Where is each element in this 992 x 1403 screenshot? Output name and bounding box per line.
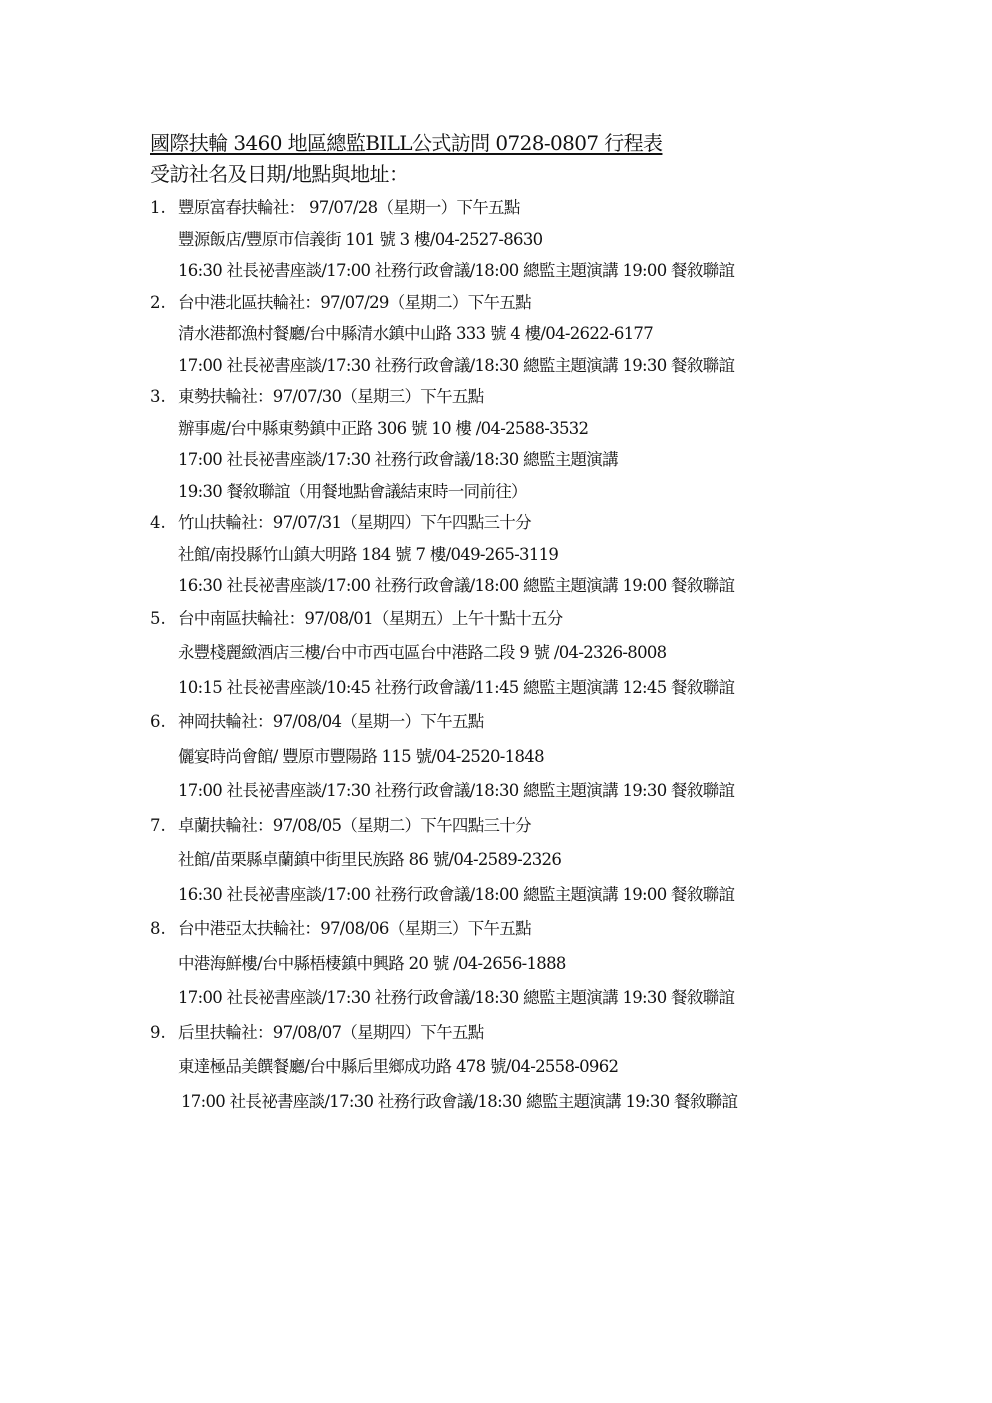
item-header: 台中南區扶輪社：97/08/01（星期五）上午十點十五分 — [178, 602, 870, 637]
visit-item-5: 5. 台中南區扶輪社：97/08/01（星期五）上午十點十五分 永豐棧麗緻酒店三… — [150, 602, 870, 706]
visit-item-1: 1. 豐原富春扶輪社： 97/07/28（星期一）下午五點 豐源飯店/豐原市信義… — [150, 192, 870, 287]
visit-item-2: 2. 台中港北區扶輪社：97/07/29（星期二）下午五點 清水港都漁村餐廳/台… — [150, 287, 870, 382]
item-number: 9. — [150, 1016, 166, 1051]
item-header: 東勢扶輪社：97/07/30（星期三）下午五點 — [178, 381, 870, 413]
item-schedule: 17:00 社長祕書座談/17:30 社務行政會議/18:30 總監主題演講 1… — [178, 981, 870, 1016]
item-schedule: 16:30 社長祕書座談/17:00 社務行政會議/18:00 總監主題演講 1… — [178, 878, 870, 913]
item-venue: 東達極品美饌餐廳/台中縣后里鄉成功路 478 號/04-2558-0962 — [178, 1050, 870, 1085]
item-number: 8. — [150, 912, 166, 947]
item-number: 4. — [150, 507, 166, 539]
item-header: 豐原富春扶輪社： 97/07/28（星期一）下午五點 — [178, 192, 870, 224]
item-number: 3. — [150, 381, 166, 413]
item-header: 卓蘭扶輪社：97/08/05（星期二）下午四點三十分 — [178, 809, 870, 844]
visit-item-9: 9. 后里扶輪社：97/08/07（星期四）下午五點 東達極品美饌餐廳/台中縣后… — [150, 1016, 870, 1120]
item-number: 7. — [150, 809, 166, 844]
item-schedule: 16:30 社長祕書座談/17:00 社務行政會議/18:00 總監主題演講 1… — [178, 255, 870, 287]
item-schedule-continued: 19:30 餐敘聯誼（用餐地點會議結束時一同前往） — [178, 476, 870, 508]
item-number: 5. — [150, 602, 166, 637]
item-schedule: 17:00 社長祕書座談/17:30 社務行政會議/18:30 總監主題演講 1… — [178, 774, 870, 809]
item-schedule: 10:15 社長祕書座談/10:45 社務行政會議/11:45 總監主題演講 1… — [178, 671, 870, 706]
item-header: 神岡扶輪社：97/08/04（星期一）下午五點 — [178, 705, 870, 740]
item-venue: 清水港都漁村餐廳/台中縣清水鎮中山路 333 號 4 樓/04-2622-617… — [178, 318, 870, 350]
item-venue: 中港海鮮樓/台中縣梧棲鎮中興路 20 號 /04-2656-1888 — [178, 947, 870, 982]
item-schedule: 16:30 社長祕書座談/17:00 社務行政會議/18:00 總監主題演講 1… — [178, 570, 870, 602]
item-venue: 永豐棧麗緻酒店三樓/台中市西屯區台中港路二段 9 號 /04-2326-8008 — [178, 636, 870, 671]
visit-item-7: 7. 卓蘭扶輪社：97/08/05（星期二）下午四點三十分 社館/苗栗縣卓蘭鎮中… — [150, 809, 870, 913]
item-number: 1. — [150, 192, 166, 224]
item-schedule: 17:00 社長祕書座談/17:30 社務行政會議/18:30 總監主題演講 1… — [178, 350, 870, 382]
visit-list: 1. 豐原富春扶輪社： 97/07/28（星期一）下午五點 豐源飯店/豐原市信義… — [150, 192, 870, 1119]
item-header: 台中港亞太扶輪社：97/08/06（星期三）下午五點 — [178, 912, 870, 947]
document-subtitle: 受訪社名及日期/地點與地址： — [150, 158, 870, 190]
item-schedule: 17:00 社長祕書座談/17:30 社務行政會議/18:30 總監主題演講 1… — [178, 1085, 870, 1120]
visit-item-8: 8. 台中港亞太扶輪社：97/08/06（星期三）下午五點 中港海鮮樓/台中縣梧… — [150, 912, 870, 1016]
item-venue: 辦事處/台中縣東勢鎮中正路 306 號 10 樓 /04-2588-3532 — [178, 413, 870, 445]
visit-item-6: 6. 神岡扶輪社：97/08/04（星期一）下午五點 儷宴時尚會館/ 豐原市豐陽… — [150, 705, 870, 809]
item-venue: 社館/南投縣竹山鎮大明路 184 號 7 樓/049-265-3119 — [178, 539, 870, 571]
document-title: 國際扶輪 3460 地區總監BILL公式訪問 0728-0807 行程表 — [150, 128, 870, 158]
item-schedule: 17:00 社長祕書座談/17:30 社務行政會議/18:30 總監主題演講 — [178, 444, 870, 476]
schedule-document: 國際扶輪 3460 地區總監BILL公式訪問 0728-0807 行程表 受訪社… — [150, 128, 870, 1119]
visit-item-3: 3. 東勢扶輪社：97/07/30（星期三）下午五點 辦事處/台中縣東勢鎮中正路… — [150, 381, 870, 507]
item-number: 6. — [150, 705, 166, 740]
item-header: 竹山扶輪社：97/07/31（星期四）下午四點三十分 — [178, 507, 870, 539]
item-venue: 儷宴時尚會館/ 豐原市豐陽路 115 號/04-2520-1848 — [178, 740, 870, 775]
item-header: 台中港北區扶輪社：97/07/29（星期二）下午五點 — [178, 287, 870, 319]
item-venue: 豐源飯店/豐原市信義街 101 號 3 樓/04-2527-8630 — [178, 224, 870, 256]
item-header: 后里扶輪社：97/08/07（星期四）下午五點 — [178, 1016, 870, 1051]
item-number: 2. — [150, 287, 166, 319]
item-venue: 社館/苗栗縣卓蘭鎮中街里民族路 86 號/04-2589-2326 — [178, 843, 870, 878]
visit-item-4: 4. 竹山扶輪社：97/07/31（星期四）下午四點三十分 社館/南投縣竹山鎮大… — [150, 507, 870, 602]
